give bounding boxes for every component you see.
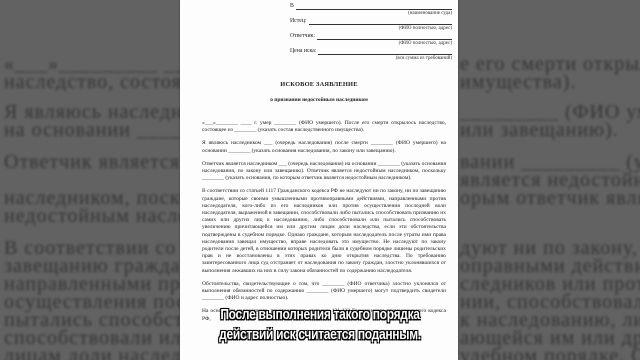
plaintiff-row: Истец: [290, 17, 452, 25]
paragraph-death-and-estate: «___»________ ____ г. умер ________ (ФИО… [202, 120, 446, 134]
plaintiff-caption: (ФИО полностью, адрес) [290, 25, 452, 32]
document-subtitle: о признании недостойным наследником [180, 97, 458, 104]
claim-price-caption: (вся сумма из требований) [290, 55, 452, 62]
document-header: В (наименование суда) Истец: (ФИО полнос… [290, 2, 452, 62]
document-body: «___»________ ____ г. умер ________ (ФИО… [202, 120, 446, 329]
plaintiff-label: Истец: [290, 18, 307, 25]
defendant-row: Ответчик: [290, 32, 452, 40]
court-blank [296, 3, 452, 10]
paragraph-defendant-heir: Ответчик является наследником ___ (очере… [202, 161, 446, 183]
plaintiff-blank [309, 18, 452, 25]
court-row: В [290, 2, 452, 10]
claim-price-label: Цена иска: [290, 48, 316, 55]
court-caption: (наименование суда) [290, 10, 452, 17]
claim-price-row: Цена иска: [290, 47, 452, 55]
paragraph-article-1117: В соответствии со статьей 1117 Гражданск… [202, 188, 446, 274]
subtitle-caption-line-1: После выполнения такого порядка [0, 305, 640, 323]
defendant-caption: (ФИО полностью, адрес) [290, 40, 452, 47]
document-title: ИСКОВОЕ ЗАЯВЛЕНИЕ [180, 81, 458, 88]
paragraph-plaintiff-heir: Я являюсь наследником ___ (очередь насле… [202, 140, 446, 154]
claim-price-blank [318, 48, 452, 55]
subtitle-caption-line-2: действий иск считается поданным. [0, 325, 640, 343]
video-frame: «___»_________ _____ г. наследство, сост… [0, 0, 640, 360]
defendant-blank [317, 33, 452, 40]
court-label: В [290, 3, 294, 10]
paragraph-circumstances: Обстоятельства, свидетельствующие о том,… [202, 281, 446, 303]
defendant-label: Ответчик: [290, 33, 315, 40]
